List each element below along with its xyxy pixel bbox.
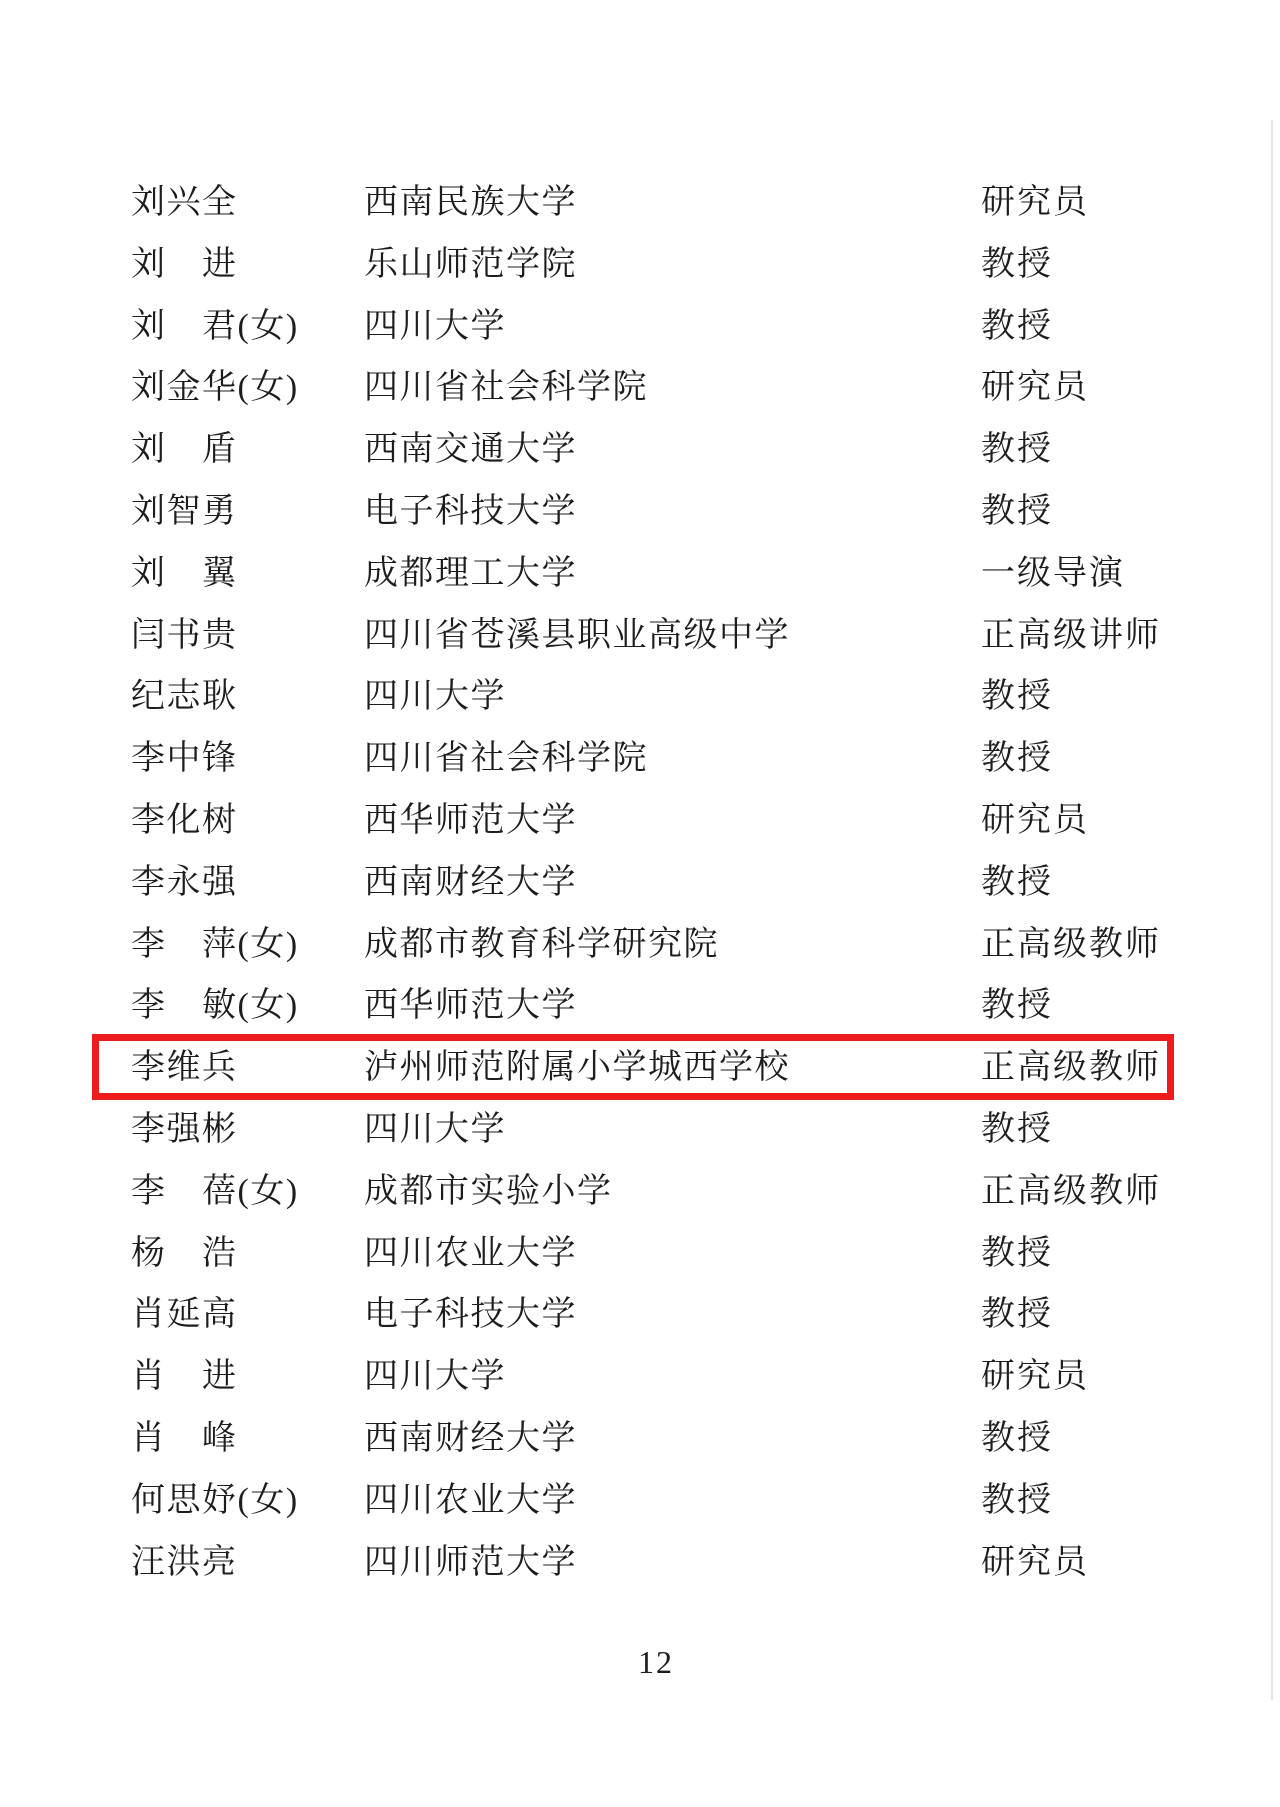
table-row: 纪志耿四川大学教授 (0, 666, 1280, 728)
row-name: 李维兵 (131, 1037, 238, 1099)
table-row: 李强彬四川大学教授 (0, 1099, 1280, 1161)
row-name: 何思妤(女) (131, 1470, 299, 1532)
row-title: 教授 (981, 852, 1053, 914)
table-row: 刘 君(女)四川大学教授 (0, 296, 1280, 358)
row-name: 汪洪亮 (131, 1532, 238, 1594)
row-name: 李强彬 (131, 1099, 238, 1161)
row-name: 刘智勇 (131, 481, 238, 543)
table-row: 刘 进乐山师范学院教授 (0, 234, 1280, 296)
row-institution: 成都市教育科学研究院 (364, 914, 719, 976)
table-row: 李 蓓(女)成都市实验小学正高级教师 (0, 1161, 1280, 1223)
table-row: 肖延高电子科技大学教授 (0, 1284, 1280, 1346)
row-title: 教授 (981, 728, 1053, 790)
row-institution: 西南财经大学 (364, 852, 577, 914)
row-title: 教授 (981, 975, 1053, 1037)
row-title: 正高级教师 (981, 914, 1161, 976)
table-row: 李中锋四川省社会科学院教授 (0, 728, 1280, 790)
row-title: 正高级教师 (981, 1161, 1161, 1223)
row-title: 教授 (981, 1284, 1053, 1346)
row-institution: 电子科技大学 (364, 481, 577, 543)
table-row: 李永强西南财经大学教授 (0, 852, 1280, 914)
row-title: 研究员 (981, 1532, 1089, 1594)
row-name: 刘 盾 (131, 419, 238, 481)
row-institution: 西华师范大学 (364, 790, 577, 852)
scan-artifact-line (1271, 120, 1273, 1700)
row-institution: 四川大学 (364, 1099, 506, 1161)
row-title: 教授 (981, 1408, 1053, 1470)
table-row: 闫书贵四川省苍溪县职业高级中学正高级讲师 (0, 605, 1280, 667)
row-institution: 四川大学 (364, 296, 506, 358)
table-row: 刘智勇电子科技大学教授 (0, 481, 1280, 543)
table-row: 刘金华(女)四川省社会科学院研究员 (0, 357, 1280, 419)
table-row: 杨 浩四川农业大学教授 (0, 1223, 1280, 1285)
table-row: 肖 进四川大学研究员 (0, 1346, 1280, 1408)
row-title: 教授 (981, 666, 1053, 728)
row-title: 教授 (981, 419, 1053, 481)
row-institution: 西南财经大学 (364, 1408, 577, 1470)
recipient-list: 刘兴全西南民族大学研究员刘 进乐山师范学院教授刘 君(女)四川大学教授刘金华(女… (0, 172, 1280, 1593)
row-title: 教授 (981, 1099, 1053, 1161)
table-row-highlighted: 李维兵泸州师范附属小学城西学校正高级教师 (0, 1037, 1280, 1099)
row-title: 一级导演 (981, 543, 1125, 605)
row-name: 杨 浩 (131, 1223, 238, 1285)
page-number: 12 (596, 1644, 716, 1681)
row-name: 刘 君(女) (131, 296, 299, 358)
row-title: 教授 (981, 296, 1053, 358)
row-name: 肖 峰 (131, 1408, 238, 1470)
row-institution: 四川省社会科学院 (364, 728, 648, 790)
row-title: 研究员 (981, 357, 1089, 419)
row-name: 李中锋 (131, 728, 238, 790)
row-institution: 四川省苍溪县职业高级中学 (364, 605, 790, 667)
row-name: 刘兴全 (131, 172, 238, 234)
row-institution: 成都理工大学 (364, 543, 577, 605)
row-title: 研究员 (981, 172, 1089, 234)
row-institution: 四川农业大学 (364, 1470, 577, 1532)
row-institution: 四川师范大学 (364, 1532, 577, 1594)
table-row: 汪洪亮四川师范大学研究员 (0, 1532, 1280, 1594)
row-title: 研究员 (981, 790, 1089, 852)
row-title: 正高级讲师 (981, 605, 1161, 667)
row-name: 闫书贵 (131, 605, 238, 667)
row-title: 研究员 (981, 1346, 1089, 1408)
row-institution: 泸州师范附属小学城西学校 (364, 1037, 790, 1099)
table-row: 李化树西华师范大学研究员 (0, 790, 1280, 852)
row-name: 刘 翼 (131, 543, 238, 605)
row-institution: 西华师范大学 (364, 975, 577, 1037)
row-institution: 西南民族大学 (364, 172, 577, 234)
row-name: 李 蓓(女) (131, 1161, 299, 1223)
table-row: 何思妤(女)四川农业大学教授 (0, 1470, 1280, 1532)
table-row: 李 萍(女)成都市教育科学研究院正高级教师 (0, 914, 1280, 976)
row-name: 纪志耿 (131, 666, 238, 728)
row-name: 李永强 (131, 852, 238, 914)
row-institution: 电子科技大学 (364, 1284, 577, 1346)
row-institution: 四川省社会科学院 (364, 357, 648, 419)
row-title: 教授 (981, 234, 1053, 296)
table-row: 刘兴全西南民族大学研究员 (0, 172, 1280, 234)
row-name: 肖 进 (131, 1346, 238, 1408)
row-title: 教授 (981, 481, 1053, 543)
row-institution: 四川大学 (364, 666, 506, 728)
row-institution: 四川农业大学 (364, 1223, 577, 1285)
row-institution: 四川大学 (364, 1346, 506, 1408)
row-title: 教授 (981, 1470, 1053, 1532)
row-name: 李 萍(女) (131, 914, 299, 976)
row-name: 李化树 (131, 790, 238, 852)
table-row: 肖 峰西南财经大学教授 (0, 1408, 1280, 1470)
row-name: 肖延高 (131, 1284, 238, 1346)
row-name: 刘金华(女) (131, 357, 299, 419)
row-name: 李 敏(女) (131, 975, 299, 1037)
table-row: 刘 翼成都理工大学一级导演 (0, 543, 1280, 605)
row-institution: 西南交通大学 (364, 419, 577, 481)
row-institution: 成都市实验小学 (364, 1161, 613, 1223)
row-name: 刘 进 (131, 234, 238, 296)
table-row: 李 敏(女)西华师范大学教授 (0, 975, 1280, 1037)
row-title: 正高级教师 (981, 1037, 1161, 1099)
row-institution: 乐山师范学院 (364, 234, 577, 296)
document-page: 刘兴全西南民族大学研究员刘 进乐山师范学院教授刘 君(女)四川大学教授刘金华(女… (0, 0, 1280, 1807)
table-row: 刘 盾西南交通大学教授 (0, 419, 1280, 481)
row-title: 教授 (981, 1223, 1053, 1285)
